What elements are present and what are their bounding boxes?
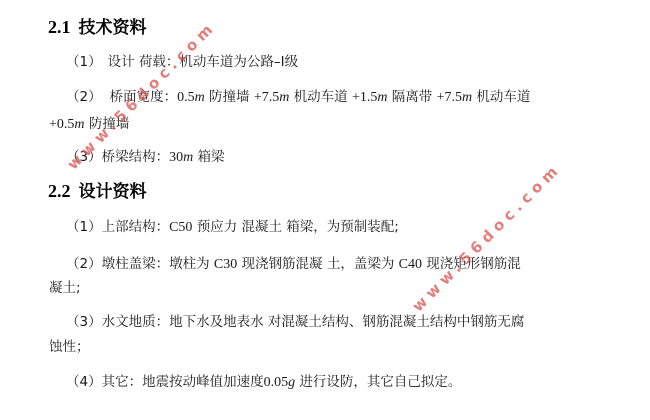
segment-text: 防撞墙 — [85, 116, 130, 132]
list-item-deck-width: （2）桥面宽度：0.5m 防撞墙 +7.5m 机动车道 +1.5m 隔离带 +7… — [66, 88, 530, 107]
list-item-other: （4）其它：地震按动峰值加速度0.05g 进行设防，其它自己拟定。 — [66, 373, 461, 392]
concrete-grade: C30 — [214, 257, 237, 272]
list-item-deck-width-continuation: +0.5m 防撞墙 — [49, 115, 129, 134]
list-item-design-load: （1）设计 荷载：机动车道为公路–Ⅰ级 — [66, 53, 298, 71]
item-text: 水文地质：地下水及地表水 对混凝土结构、钢筋混凝土结构中钢筋无腐 — [102, 314, 525, 330]
value: +1.5 — [352, 90, 377, 105]
concrete-grade: C50 — [169, 220, 192, 235]
unit: m — [462, 90, 472, 105]
unit: m — [195, 90, 205, 105]
value: 0.5 — [177, 90, 195, 105]
segment-text: 隔离带 — [387, 89, 436, 105]
list-item-bridge-structure: （3）桥梁结构：30m 箱梁 — [66, 148, 225, 167]
continuation-text: 蚀性； — [49, 339, 90, 355]
item-label: （2） — [66, 256, 102, 272]
value: 0.05 — [264, 375, 289, 390]
section-title: 设计资料 — [79, 182, 147, 202]
segment-text: 防撞墙 — [205, 89, 254, 105]
section-title: 技术资料 — [79, 18, 147, 38]
item-label: （2） — [66, 89, 102, 105]
continuation-text: 凝土; — [49, 280, 81, 296]
item-prefix: 墩柱盖梁：墩柱为 — [102, 256, 214, 272]
section-number: 2.1 — [48, 17, 71, 37]
list-item-hydrogeology: （3）水文地质：地下水及地表水 对混凝土结构、钢筋混凝土结构中钢筋无腐 — [66, 313, 524, 331]
item-prefix: 上部结构： — [102, 219, 170, 235]
item-label: （1） — [66, 219, 102, 235]
item-middle: 现浇钢筋混凝 土，盖梁为 — [237, 256, 398, 272]
value: 30 — [169, 150, 183, 165]
item-prefix: 桥面宽度： — [110, 89, 178, 105]
unit: m — [183, 150, 193, 165]
segment-text: 机动车道 — [289, 89, 352, 105]
section-heading-2-2: 2.2设计资料 — [48, 180, 147, 203]
section-heading-2-1: 2.1技术资料 — [48, 16, 147, 39]
list-item-pier-cap-continuation: 凝土; — [49, 279, 81, 297]
item-label: （1） — [66, 54, 102, 70]
list-item-pier-cap: （2）墩柱盖梁：墩柱为 C30 现浇钢筋混凝 土，盖梁为 C40 现浇矩形钢筋混 — [66, 255, 521, 274]
list-item-hydrogeology-continuation: 蚀性； — [49, 338, 90, 356]
unit: m — [377, 90, 387, 105]
value: +7.5 — [254, 90, 279, 105]
unit: m — [279, 90, 289, 105]
item-suffix: 进行设防，其它自己拟定。 — [295, 374, 461, 390]
item-suffix: 现浇矩形钢筋混 — [422, 256, 521, 272]
item-label: （3） — [66, 314, 102, 330]
item-prefix: 桥梁结构： — [102, 149, 170, 165]
item-label: （4） — [66, 374, 102, 390]
value: +0.5 — [49, 117, 74, 132]
watermark: www.56doc.com — [409, 159, 565, 315]
item-prefix: 其它：地震按动峰值加速度 — [102, 374, 264, 390]
segment-text: 机动车道 — [472, 89, 530, 105]
section-number: 2.2 — [48, 181, 71, 201]
item-text: 设计 荷载：机动车道为公路–Ⅰ级 — [108, 54, 299, 70]
item-label: （3） — [66, 149, 102, 165]
concrete-grade: C40 — [399, 257, 422, 272]
item-suffix: 箱梁 — [193, 149, 224, 165]
item-suffix: 预应力 混凝土 箱梁，为预制装配; — [192, 219, 398, 235]
unit: m — [74, 117, 84, 132]
value: +7.5 — [437, 90, 462, 105]
list-item-superstructure: （1）上部结构：C50 预应力 混凝土 箱梁，为预制装配; — [66, 218, 399, 237]
